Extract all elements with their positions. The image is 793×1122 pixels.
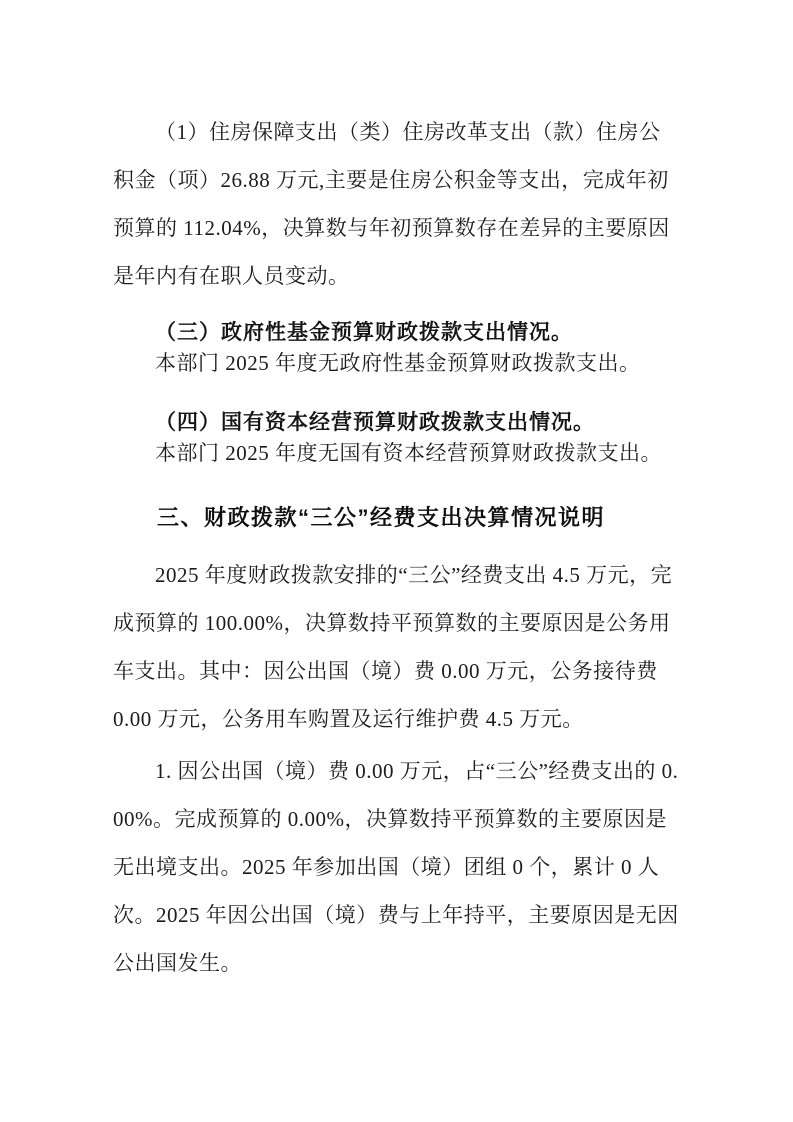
heading-three-public-expenses: 三、财政拨款“三公”经费支出决算情况说明 xyxy=(113,502,680,534)
paragraph-housing-fund-expenditure: （1）住房保障支出（类）住房改革支出（款）住房公积金（项）26.88 万元,主要… xyxy=(113,108,680,300)
paragraph-state-capital-budget: 本部门 2025 年度无国有资本经营预算财政拨款支出。 xyxy=(113,438,680,469)
paragraph-overseas-travel-expense: 1. 因公出国（境）费 0.00 万元，占“三公”经费支出的 0.00%。完成预… xyxy=(113,747,680,987)
subheading-government-fund-budget: （三）政府性基金预算财政拨款支出情况。 xyxy=(113,317,680,348)
paragraph-government-fund-budget: 本部门 2025 年度无政府性基金预算财政拨款支出。 xyxy=(113,348,680,379)
paragraph-three-public-summary: 2025 年度财政拨款安排的“三公”经费支出 4.5 万元，完成预算的 100.… xyxy=(113,551,680,743)
document-page: （1）住房保障支出（类）住房改革支出（款）住房公积金（项）26.88 万元,主要… xyxy=(0,0,793,1122)
subheading-state-capital-budget: （四）国有资本经营预算财政拨款支出情况。 xyxy=(113,407,680,438)
